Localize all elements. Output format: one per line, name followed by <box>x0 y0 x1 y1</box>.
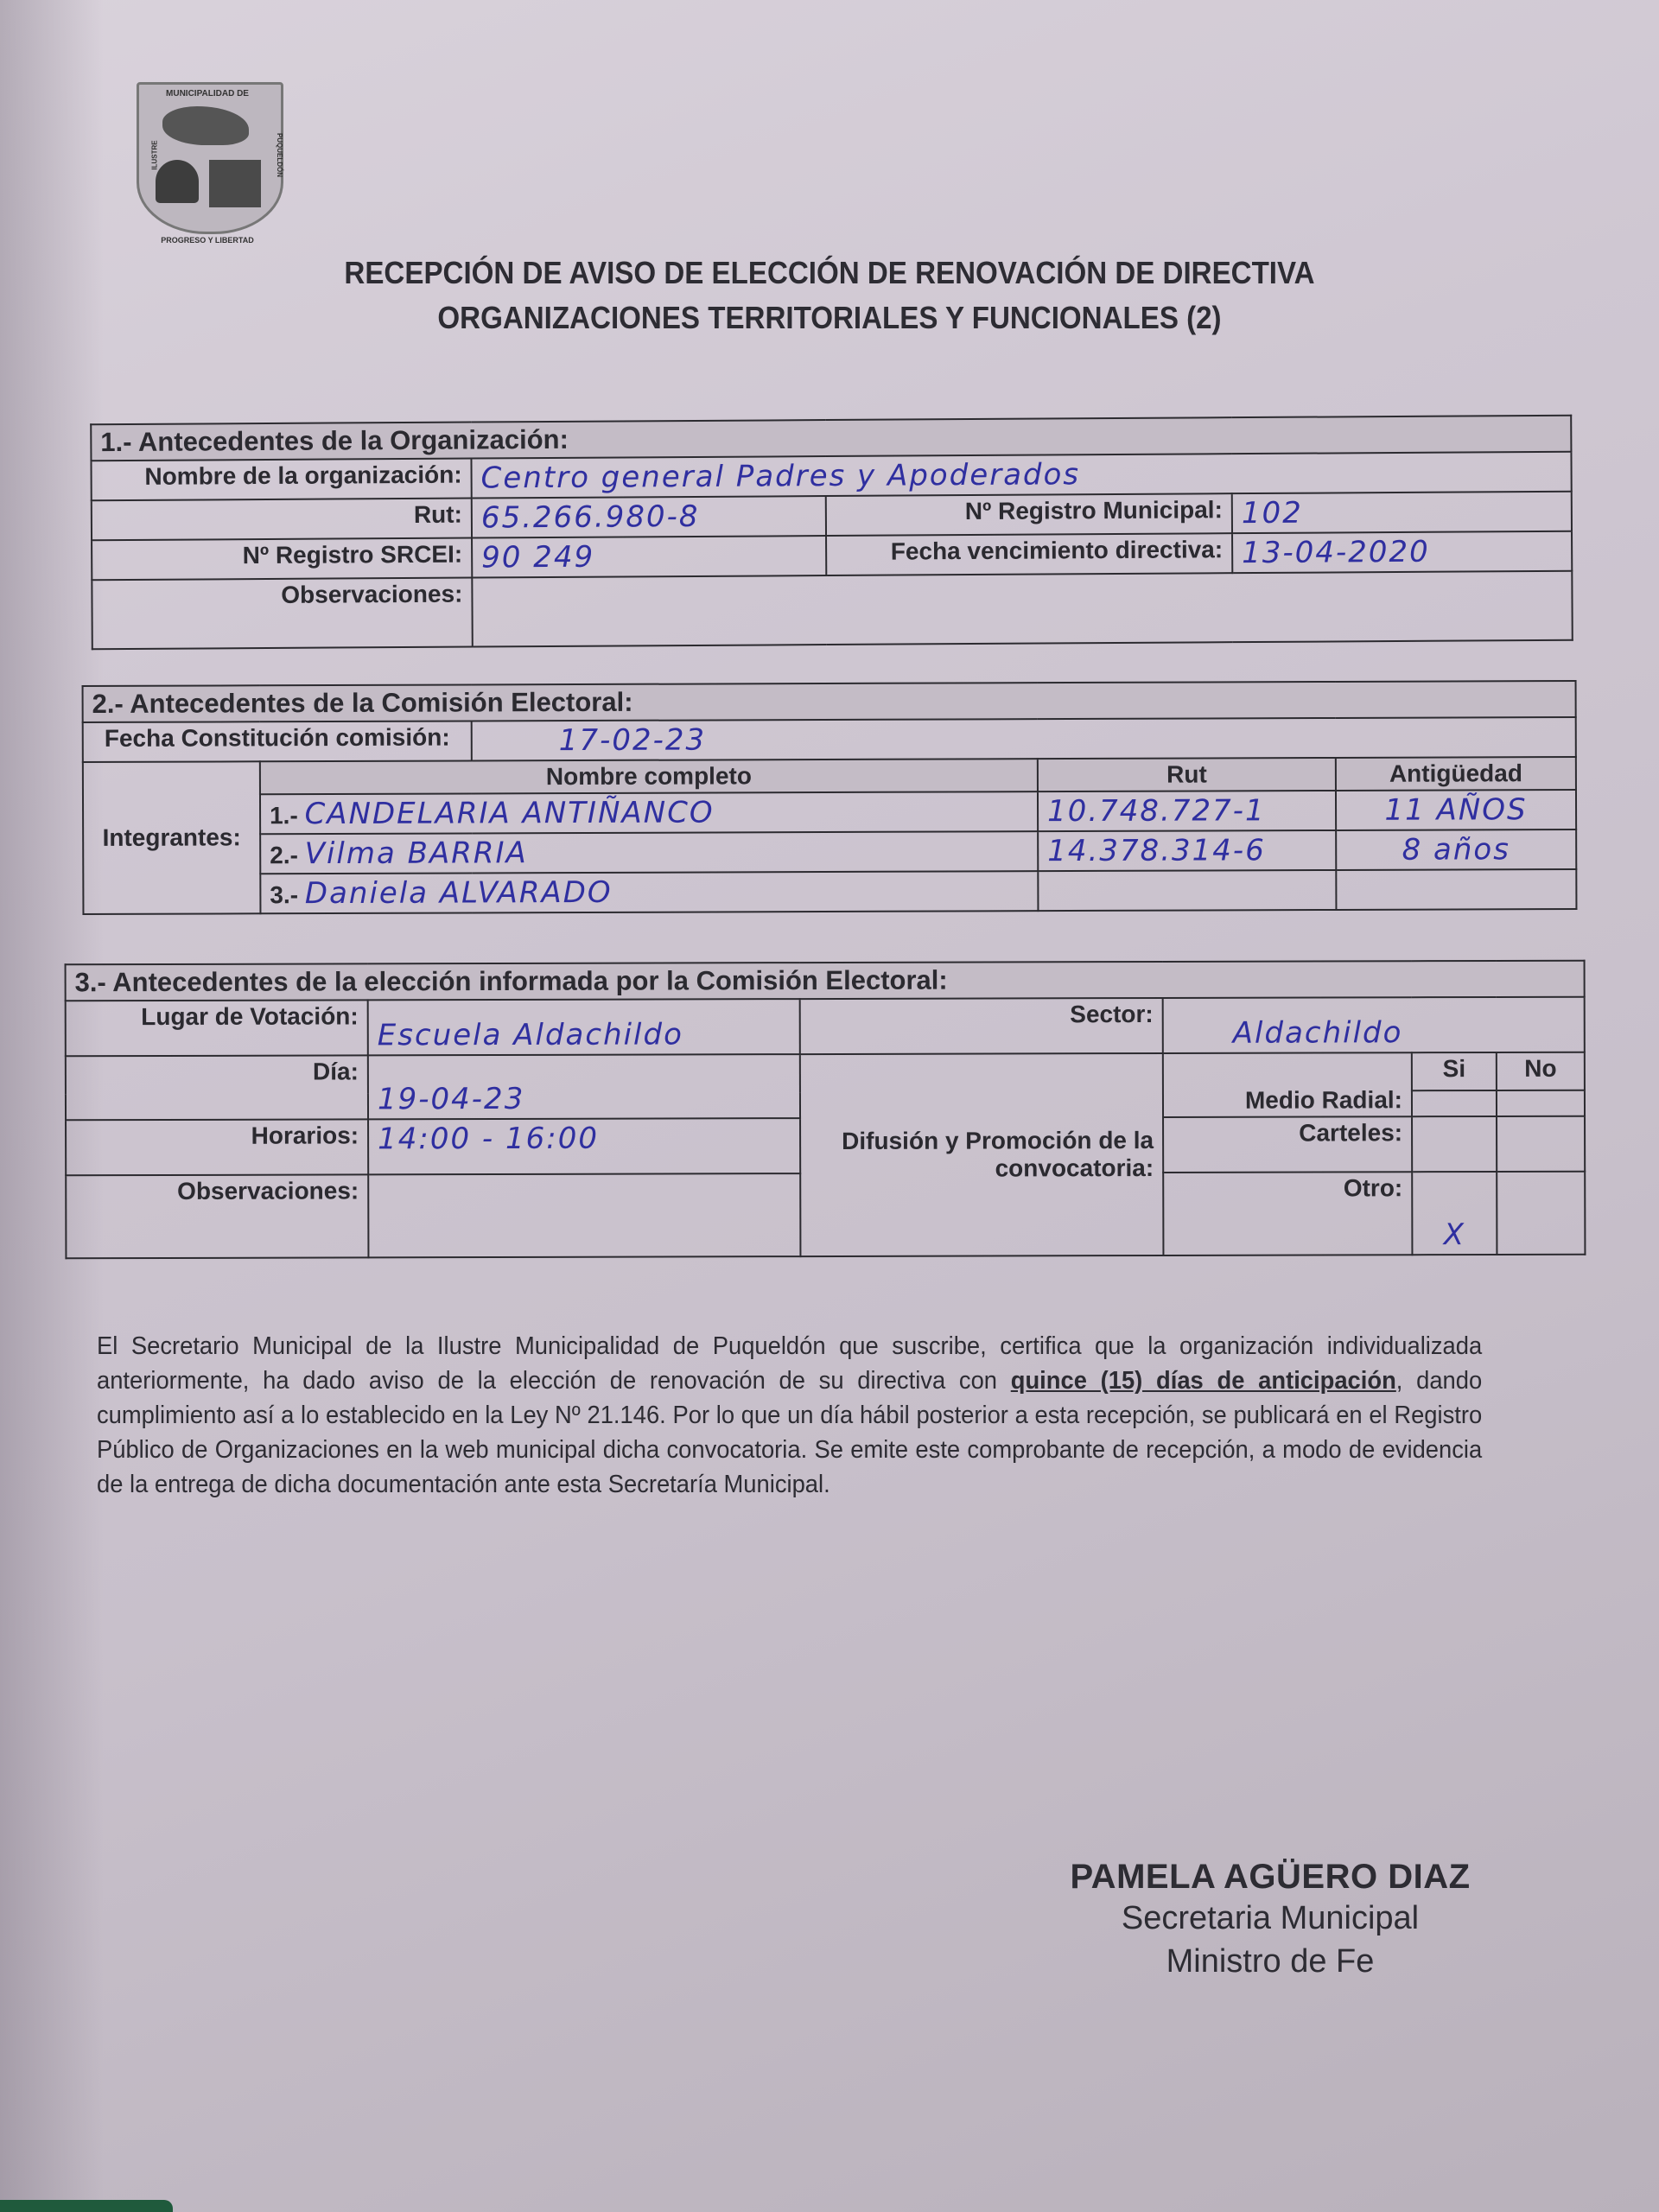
document-title: RECEPCIÓN DE AVISO DE ELECCIÓN DE RENOVA… <box>305 251 1354 340</box>
member-name-cell[interactable]: 2.- Vilma BARRIA <box>260 831 1038 874</box>
member-number: 1.- <box>270 802 298 829</box>
member-number: 3.- <box>270 881 298 908</box>
member-row: 1.- CANDELARIA ANTIÑANCO 10.748.727-1 11… <box>83 790 1576 835</box>
vencimiento-label: Fecha vencimiento directiva: <box>826 533 1232 575</box>
otro-si-checkbox[interactable]: X <box>1412 1172 1497 1255</box>
title-line-2: ORGANIZACIONES TERRITORIALES Y FUNCIONAL… <box>305 296 1354 340</box>
member-number: 2.- <box>270 842 298 868</box>
integrantes-label: Integrantes: <box>83 761 261 914</box>
horarios-field[interactable]: 14:00 - 16:00 <box>368 1118 800 1174</box>
title-line-1: RECEPCIÓN DE AVISO DE ELECCIÓN DE RENOVA… <box>305 251 1354 296</box>
reg-municipal-field[interactable]: 102 <box>1232 492 1572 533</box>
otro-no-checkbox[interactable] <box>1497 1172 1585 1255</box>
signatory-role: Secretaria Municipal <box>1063 1897 1478 1940</box>
si-header: Si <box>1412 1052 1497 1090</box>
carteles-no-checkbox[interactable] <box>1497 1116 1585 1172</box>
member-antiguedad[interactable] <box>1336 869 1576 910</box>
crest-motto: PROGRESO Y LIBERTAD <box>130 236 285 245</box>
member-name-cell[interactable]: 1.- CANDELARIA ANTIÑANCO <box>260 791 1038 834</box>
vencimiento-field[interactable]: 13-04-2020 <box>1232 531 1572 573</box>
difusion-label: Difusión y Promoción de la convocatoria: <box>800 1053 1164 1256</box>
crest-top-text: MUNICIPALIDAD DE <box>130 89 285 99</box>
dia-field[interactable]: 19-04-23 <box>368 1054 800 1119</box>
election-details-section: 3.- Antecedentes de la elección informad… <box>65 960 1586 1260</box>
rut-field[interactable]: 65.266.980-8 <box>472 496 826 538</box>
col-nombre-header: Nombre completo <box>260 759 1038 794</box>
reg-municipal-label: Nº Registro Municipal: <box>826 493 1232 536</box>
col-rut-header: Rut <box>1038 758 1336 791</box>
rut-label: Rut: <box>92 499 472 541</box>
medio-radial-no-checkbox[interactable] <box>1497 1090 1585 1116</box>
fecha-constitucion-field[interactable]: 17-02-23 <box>472 717 1576 760</box>
lugar-field[interactable]: Escuela Aldachildo <box>368 999 800 1055</box>
boat-icon <box>209 160 261 207</box>
member-name: Vilma BARRIA <box>305 836 528 871</box>
carteles-label: Carteles: <box>1163 1116 1412 1173</box>
certification-emphasis: quince (15) días de anticipación <box>1011 1367 1396 1395</box>
member-name: CANDELARIA ANTIÑANCO <box>304 795 714 831</box>
fecha-constitucion-label: Fecha Constitución comisión: <box>83 721 472 762</box>
tree-icon <box>156 160 199 203</box>
member-rut[interactable]: 10.748.727-1 <box>1038 791 1336 831</box>
organization-section: 1.- Antecedentes de la Organización: Nom… <box>90 415 1573 650</box>
org-name-field[interactable]: Centro general Padres y Apoderados <box>471 452 1571 499</box>
observaciones-label: Observaciones: <box>92 578 472 650</box>
member-name: Daniela ALVARADO <box>305 875 613 911</box>
carteles-si-checkbox[interactable] <box>1412 1116 1497 1172</box>
dia-label: Día: <box>66 1055 368 1120</box>
observaciones3-field[interactable] <box>368 1173 800 1257</box>
observaciones-field[interactable] <box>472 571 1572 647</box>
medio-radial-si-checkbox[interactable] <box>1412 1090 1497 1116</box>
section3-heading: 3.- Antecedentes de la elección informad… <box>66 961 1585 1001</box>
observaciones3-label: Observaciones: <box>66 1174 368 1258</box>
medio-radial-label: Medio Radial: <box>1163 1052 1412 1117</box>
crest-right-text: PUQUELDÓN <box>276 133 283 177</box>
signatory-name: PAMELA AGÜERO DIAZ <box>1063 1858 1478 1897</box>
col-antiguedad-header: Antigüedad <box>1336 757 1576 791</box>
sector-field[interactable]: Aldachildo <box>1163 997 1585 1053</box>
member-antiguedad[interactable]: 8 años <box>1336 829 1576 870</box>
signature-block: PAMELA AGÜERO DIAZ Secretaria Municipal … <box>1063 1858 1478 1983</box>
crest-left-text: ILUSTRE <box>151 140 159 169</box>
otro-label: Otro: <box>1163 1172 1412 1255</box>
municipal-crest-logo: MUNICIPALIDAD DE ILUSTRE PUQUELDÓN PROGR… <box>130 65 285 251</box>
member-row: 2.- Vilma BARRIA 14.378.314-6 8 años <box>83 829 1576 874</box>
certification-paragraph: El Secretario Municipal de la Ilustre Mu… <box>97 1329 1482 1502</box>
electoral-commission-section: 2.- Antecedentes de la Comisión Electora… <box>82 680 1578 915</box>
member-rut[interactable]: 14.378.314-6 <box>1038 830 1336 871</box>
no-header: No <box>1497 1052 1585 1090</box>
member-rut[interactable] <box>1038 870 1336 911</box>
background-surface <box>0 2200 173 2212</box>
horarios-label: Horarios: <box>66 1119 368 1175</box>
member-antiguedad[interactable]: 11 AÑOS <box>1336 790 1576 830</box>
srcei-field[interactable]: 90 249 <box>472 536 826 578</box>
member-row: 3.- Daniela ALVARADO <box>83 869 1576 914</box>
lugar-label: Lugar de Votación: <box>66 1000 368 1056</box>
member-name-cell[interactable]: 3.- Daniela ALVARADO <box>260 871 1038 913</box>
signatory-title: Ministro de Fe <box>1063 1940 1478 1983</box>
sector-label: Sector: <box>800 998 1163 1054</box>
srcei-label: Nº Registro SRCEI: <box>92 538 472 581</box>
org-name-label: Nombre de la organización: <box>91 459 471 501</box>
section2-heading: 2.- Antecedentes de la Comisión Electora… <box>83 681 1576 722</box>
